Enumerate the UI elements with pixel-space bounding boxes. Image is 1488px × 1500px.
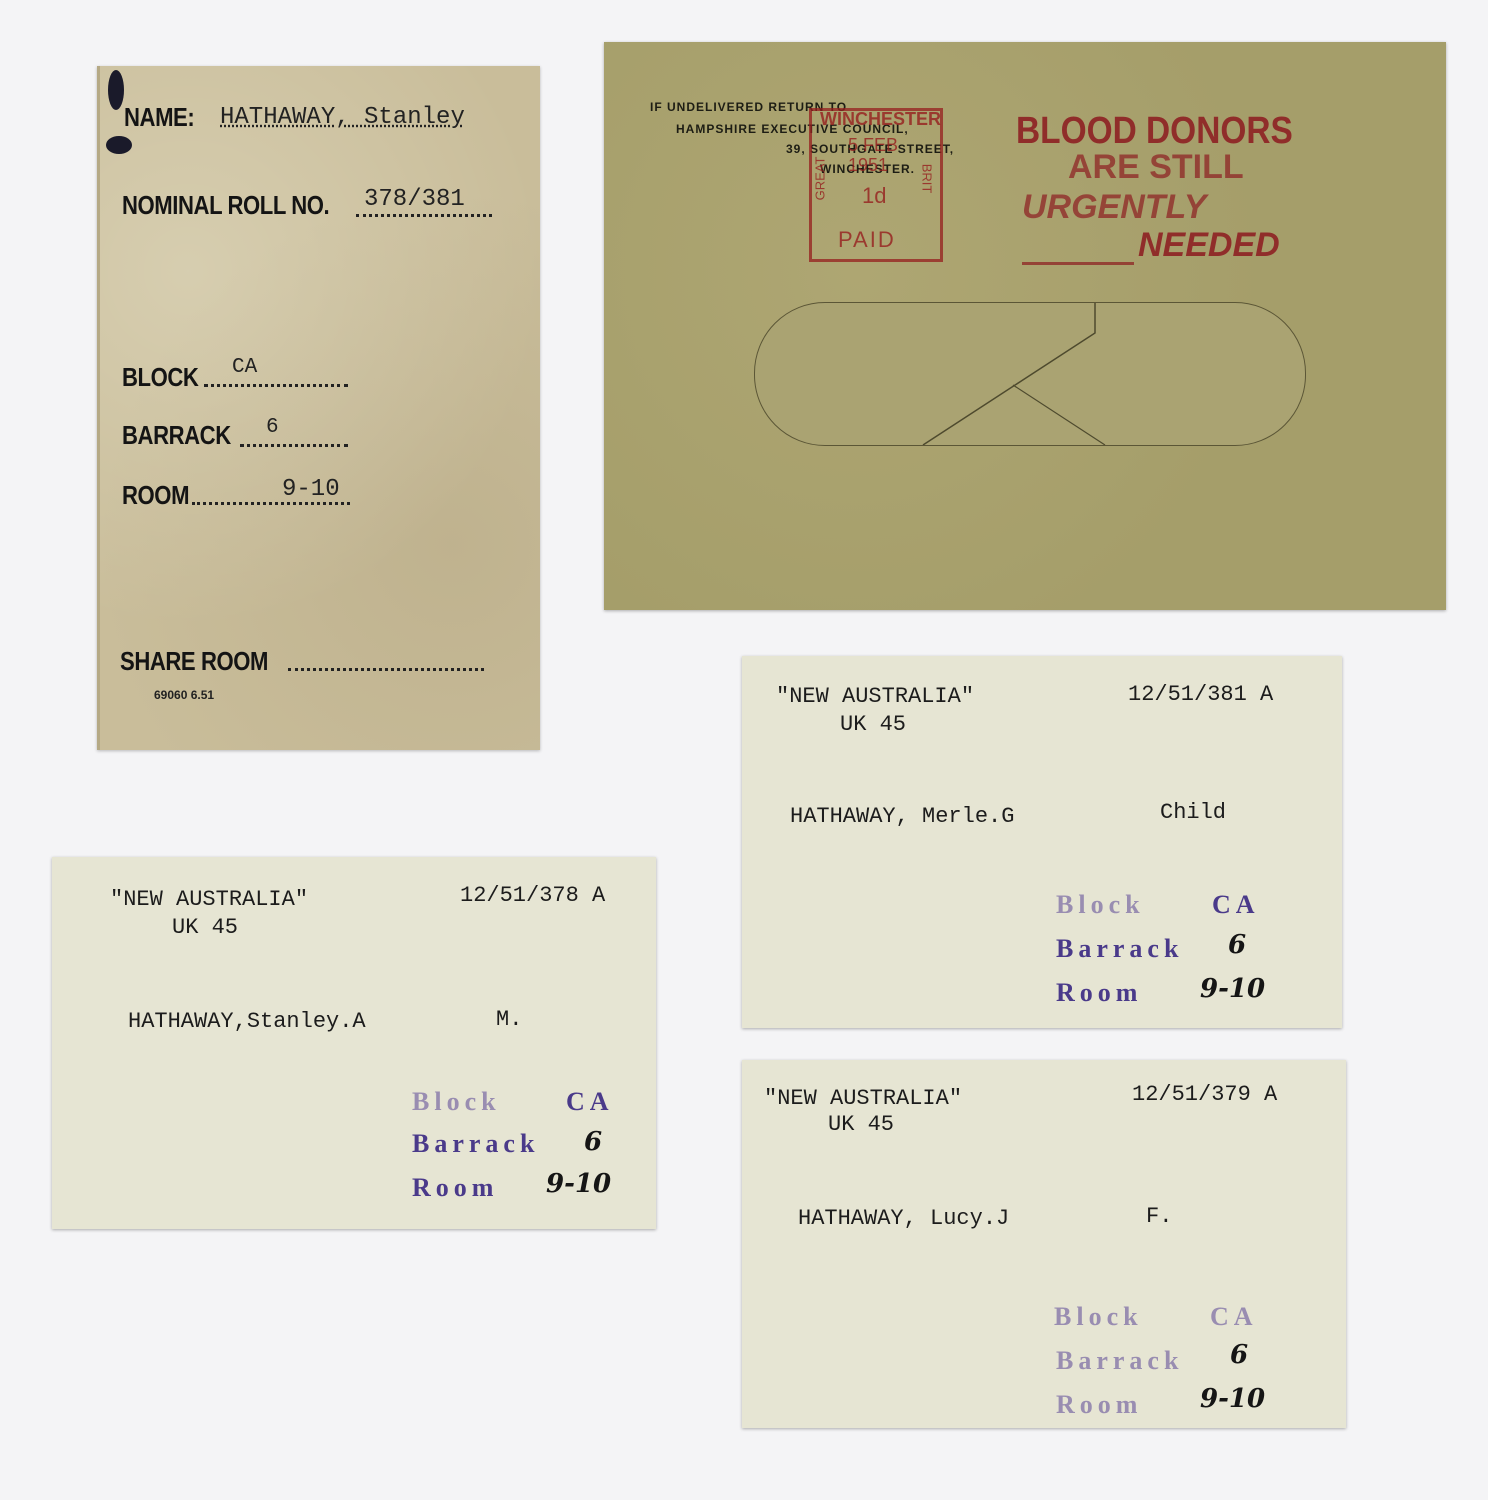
barrack-value: 6 (266, 416, 279, 439)
meter-date: 5 FEB (848, 135, 898, 156)
room-dotted-line (192, 502, 350, 505)
block-label: BLOCK (122, 362, 198, 393)
reception-card-merle: "NEW AUSTRALIA" UK 45 12/51/381 A HATHAW… (742, 656, 1342, 1028)
roll-value: 378/381 (364, 186, 465, 213)
meter-town: WINCHESTER (820, 109, 941, 130)
block-value: CA (1210, 1302, 1258, 1332)
reference-number: 12/51/381 A (1128, 682, 1273, 707)
meter-paid: PAID (838, 227, 896, 253)
window-flap-lines (755, 303, 1305, 445)
meter-value: 1d (862, 183, 886, 209)
ink-stain (108, 70, 124, 110)
mail-envelope: IF UNDELIVERED RETURN TO HAMPSHIRE EXECU… (604, 42, 1446, 610)
reference-number: 12/51/378 A (460, 883, 605, 908)
slogan-rule (1022, 262, 1134, 265)
person-name: HATHAWAY, Lucy.J (798, 1206, 1009, 1231)
envelope-window (754, 302, 1306, 446)
slogan-line-3: URGENTLY (1022, 188, 1206, 227)
person-name: HATHAWAY, Merle.G (790, 804, 1014, 829)
slogan-line-1: BLOOD DONORS (1016, 110, 1293, 153)
person-category: F. (1146, 1204, 1172, 1229)
ship-name: "NEW AUSTRALIA" (764, 1086, 962, 1111)
voyage: UK 45 (828, 1112, 894, 1137)
barrack-label: Barrack (412, 1129, 539, 1159)
room-value: 9-10 (1200, 974, 1265, 1004)
barrack-label: BARRACK (122, 420, 231, 451)
roll-label: NOMINAL ROLL NO. (122, 190, 329, 221)
room-label: Room (1056, 1390, 1142, 1420)
block-value: CA (566, 1087, 614, 1117)
voyage: UK 45 (172, 915, 238, 940)
ink-stain (106, 136, 132, 154)
barrack-value: 6 (584, 1127, 602, 1157)
room-value: 9-10 (282, 476, 340, 503)
block-label: Block (412, 1087, 501, 1117)
share-room-dotted-line (288, 668, 484, 671)
name-label: NAME: (124, 102, 194, 133)
block-dotted-line (204, 384, 348, 387)
share-room-label: SHARE ROOM (120, 646, 268, 677)
reference-number: 12/51/379 A (1132, 1082, 1277, 1107)
person-name: HATHAWAY,Stanley.A (128, 1009, 366, 1034)
block-label: Block (1056, 890, 1145, 920)
room-value: 9-10 (546, 1169, 611, 1199)
ship-name: "NEW AUSTRALIA" (110, 887, 308, 912)
slogan-line-4: NEEDED (1138, 226, 1280, 265)
room-value: 9-10 (1200, 1384, 1265, 1414)
postage-meter-stamp: WINCHESTER 5 FEB 1951 1d PAID GREAT BRIT (809, 108, 943, 262)
roll-dotted-line (356, 214, 492, 217)
barrack-label: Barrack (1056, 934, 1183, 964)
barrack-value: 6 (1228, 930, 1246, 960)
slogan-line-2: ARE STILL (1068, 148, 1244, 187)
nominal-roll-envelope: NAME: HATHAWAY, Stanley NOMINAL ROLL NO.… (97, 66, 540, 750)
block-label: Block (1054, 1302, 1143, 1332)
block-value: CA (1212, 890, 1260, 920)
meter-side-right: BRIT (919, 164, 934, 194)
room-label: Room (412, 1173, 498, 1203)
reception-card-lucy: "NEW AUSTRALIA" UK 45 12/51/379 A HATHAW… (742, 1060, 1346, 1428)
print-code: 69060 6.51 (154, 688, 214, 702)
person-category: Child (1160, 800, 1226, 825)
block-value: CA (232, 356, 257, 379)
barrack-label: Barrack (1056, 1346, 1183, 1376)
barrack-dotted-line (240, 444, 348, 447)
ship-name: "NEW AUSTRALIA" (776, 684, 974, 709)
room-label: ROOM (122, 480, 189, 511)
voyage: UK 45 (840, 712, 906, 737)
barrack-value: 6 (1230, 1340, 1248, 1370)
name-value: HATHAWAY, Stanley (220, 104, 465, 131)
meter-side-left: GREAT (812, 157, 827, 201)
room-label: Room (1056, 978, 1142, 1008)
person-category: M. (496, 1007, 522, 1032)
meter-year: 1951 (848, 155, 888, 176)
reception-card-stanley: "NEW AUSTRALIA" UK 45 12/51/378 A HATHAW… (52, 857, 656, 1229)
